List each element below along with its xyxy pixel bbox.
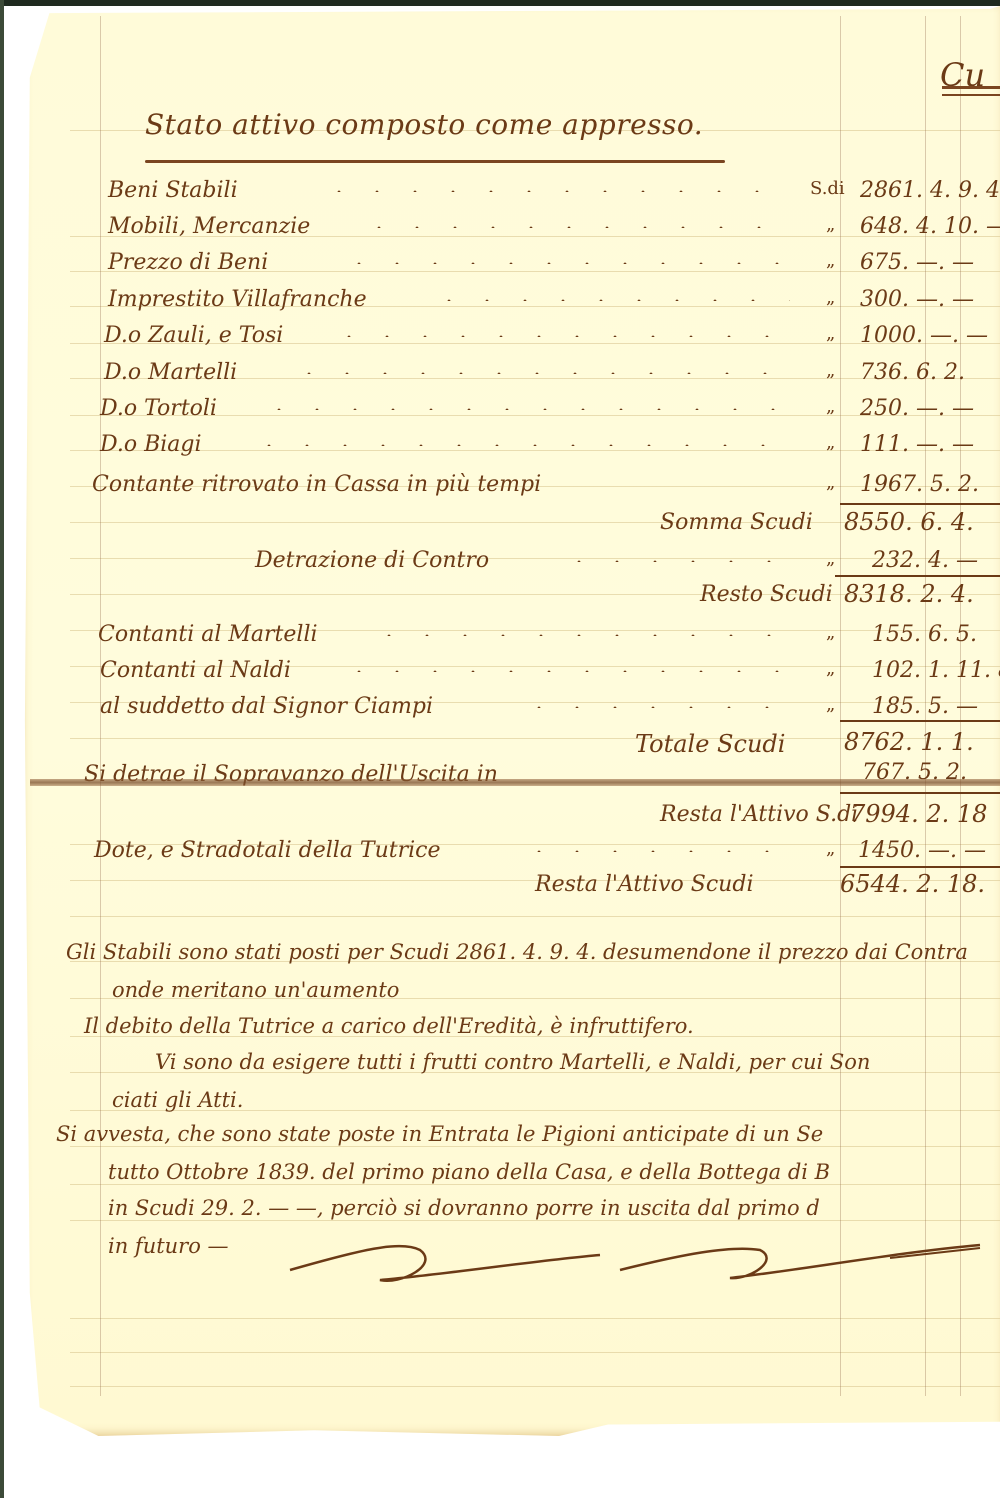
dot-leader [330, 335, 790, 337]
ditto-mark: „ [826, 250, 835, 271]
heading-wrap: Stato attivo composto come appresso. [145, 108, 703, 141]
deduction-amount: 232. 4. — [872, 548, 978, 573]
scan-border-top [0, 0, 1000, 6]
currency-symbol: S.di [810, 178, 845, 199]
sum-rule [835, 575, 1000, 577]
ditto-mark: „ [826, 472, 835, 493]
ditto-mark: „ [826, 432, 835, 453]
dot-leader [260, 408, 790, 410]
entry-label: Contanti al Naldi [100, 658, 291, 683]
heading-underline [145, 160, 725, 163]
entry-amount: 2861. 4. 9. 4 [860, 178, 1000, 203]
entry-amount: 300. —. — [860, 287, 974, 312]
corner-underline [942, 94, 1000, 96]
remainder-amount: 8318. 2. 4. [844, 580, 974, 608]
entry-label: Mobili, Mercanzie [108, 214, 310, 239]
ruling-line [70, 1220, 1000, 1221]
ledger-row: Beni Stabili S.di 2861. 4. 9. 4 [0, 178, 1000, 214]
corner-underline [942, 86, 1000, 89]
ink-strikethrough [30, 779, 1000, 786]
note-line: Gli Stabili sono stati posti per Scudi 2… [66, 940, 968, 964]
ditto-mark: „ [826, 214, 835, 235]
ditto-mark: „ [826, 694, 835, 715]
remainder-label: Resta l'Attivo S.di [660, 802, 858, 827]
note-line: Il debito della Tutrice a carico dell'Er… [84, 1014, 694, 1038]
entry-label: Contante ritrovato in Cassa in più tempi [92, 472, 541, 497]
ledger-row: Mobili, Mercanzie „ 648. 4. 10. — [0, 214, 1000, 250]
entry-amount: 736. 6. 2. [860, 360, 965, 385]
entry-amount: 648. 4. 10. — [860, 214, 1000, 239]
ledger-row: Dote, e Stradotali della Tutrice „ 1450.… [0, 838, 1000, 874]
closing-flourish-icon [280, 1230, 1000, 1290]
ruling-line [70, 1352, 1000, 1353]
ledger-row: Prezzo di Beni „ 675. —. — [0, 250, 1000, 286]
ruling-line [70, 1146, 1000, 1147]
entry-label: D.o Biagi [100, 432, 202, 457]
ledger-row: D.o Tortoli „ 250. —. — [0, 396, 1000, 432]
note-line: in futuro — [108, 1234, 229, 1258]
sum-rule [840, 503, 1000, 505]
entry-label: Prezzo di Beni [108, 250, 268, 275]
entry-amount: 185. 5. — [872, 694, 978, 719]
ledger-row: Imprestito Villafranche „ 300. —. — [0, 287, 1000, 323]
dot-leader [560, 560, 780, 562]
sum-rule [840, 866, 1000, 868]
entry-label: D.o Zauli, e Tosi [104, 323, 283, 348]
entry-amount: 111. —. — [860, 432, 974, 457]
entry-amount: 155. 6. 5. [872, 622, 977, 647]
entry-amount: 250. —. — [860, 396, 974, 421]
dot-leader [340, 670, 790, 672]
dot-leader [290, 372, 790, 374]
ruling-line [70, 916, 1000, 917]
ditto-mark: „ [826, 658, 835, 679]
dot-leader [340, 262, 790, 264]
ruling-line [70, 1318, 1000, 1319]
total-label: Totale Scudi [635, 730, 785, 758]
dot-leader [320, 190, 790, 192]
ledger-row: D.o Zauli, e Tosi „ 1000. —. — [0, 323, 1000, 359]
dot-leader [520, 706, 790, 708]
final-remainder-label: Resta l'Attivo Scudi [535, 872, 753, 897]
final-remainder-amount: 6544. 2. 18. [840, 870, 985, 898]
note-line: ciati gli Atti. [112, 1088, 243, 1112]
ledger-row: Contanti al Naldi „ 102. 1. 11. 8 [0, 658, 1000, 694]
total-amount: 8762. 1. 1. [844, 728, 974, 756]
entry-label: al suddetto dal Signor Ciampi [100, 694, 433, 719]
sum-rule [840, 792, 1000, 794]
subtotal-label: Somma Scudi [660, 510, 813, 535]
remainder-label: Resto Scudi [700, 582, 833, 607]
entry-label: Beni Stabili [108, 178, 238, 203]
ditto-mark: „ [826, 287, 835, 308]
entry-label: Imprestito Villafranche [108, 287, 367, 312]
ruling-line [70, 1184, 1000, 1185]
ditto-mark: „ [826, 323, 835, 344]
note-line: Si avvesta, che sono state poste in Entr… [56, 1122, 823, 1146]
entry-amount: 675. —. — [860, 250, 974, 275]
dot-leader [360, 226, 790, 228]
ditto-mark: „ [826, 548, 835, 569]
remainder-amount: 7994. 2. 18 [850, 800, 987, 828]
dot-leader [370, 634, 790, 636]
entry-label: D.o Martelli [104, 360, 237, 385]
ledger-row: Contanti al Martelli „ 155. 6. 5. [0, 622, 1000, 658]
dot-leader [520, 850, 790, 852]
ditto-mark: „ [826, 622, 835, 643]
ruling-line [70, 1386, 1000, 1387]
entry-amount: 1967. 5. 2. [860, 472, 979, 497]
entry-amount: 1000. —. — [860, 323, 988, 348]
ditto-mark: „ [826, 360, 835, 381]
ditto-mark: „ [826, 838, 835, 859]
entry-label: Dote, e Stradotali della Tutrice [94, 838, 441, 863]
ledger-row: D.o Biagi „ 111. —. — [0, 432, 1000, 468]
ledger-row: al suddetto dal Signor Ciampi „ 185. 5. … [0, 694, 1000, 730]
dot-leader [250, 444, 790, 446]
entry-label: D.o Tortoli [100, 396, 217, 421]
entry-label: Contanti al Martelli [98, 622, 318, 647]
ditto-mark: „ [826, 396, 835, 417]
dot-leader [430, 299, 790, 301]
entry-amount: 102. 1. 11. 8 [872, 658, 1000, 683]
subtotal-amount: 8550. 6. 4. [844, 508, 974, 536]
ledger-row: „ 232. 4. — [0, 548, 1000, 584]
sum-rule [840, 720, 1000, 722]
note-line: onde meritano un'aumento [112, 978, 399, 1002]
ledger-row: D.o Martelli „ 736. 6. 2. [0, 360, 1000, 396]
note-line: in Scudi 29. 2. — —, perciò si dovranno … [108, 1196, 820, 1220]
page-title: Stato attivo composto come appresso. [145, 108, 703, 141]
entry-amount: 1450. —. — [858, 838, 986, 863]
note-line: tutto Ottobre 1839. del primo piano dell… [108, 1160, 830, 1184]
note-line: Vi sono da esigere tutti i frutti contro… [155, 1050, 870, 1074]
